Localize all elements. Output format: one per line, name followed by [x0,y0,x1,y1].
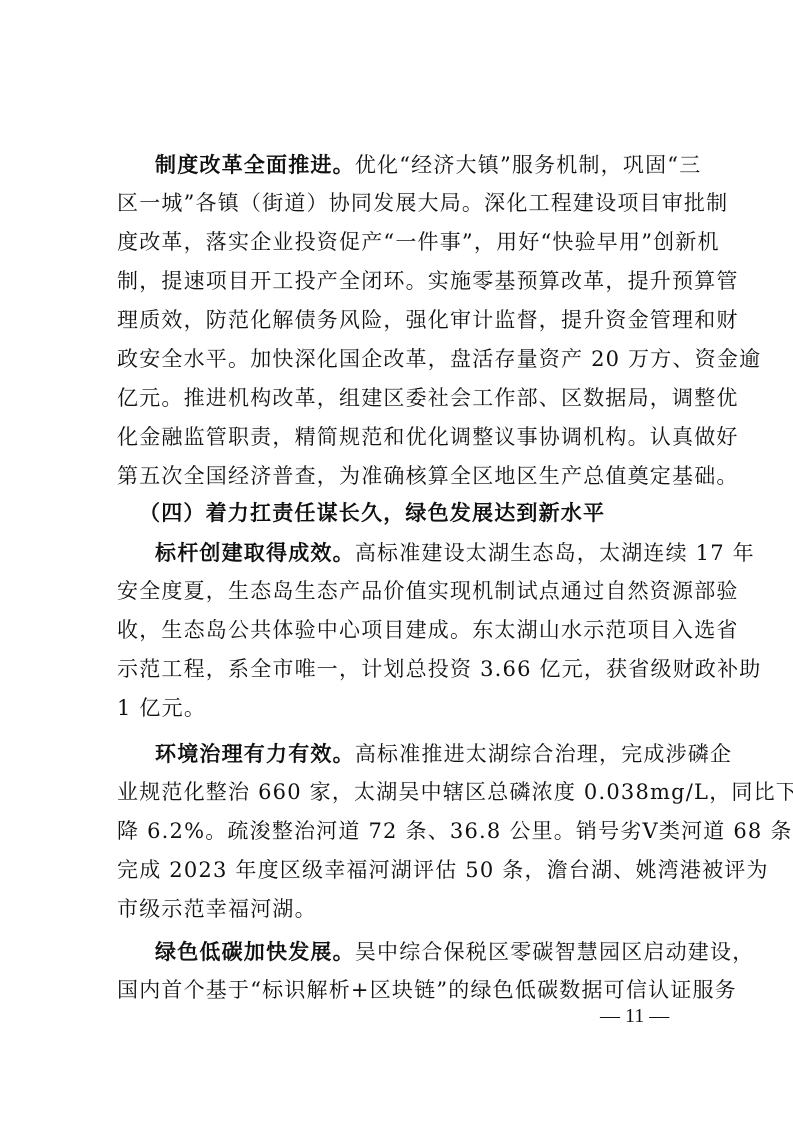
text-line: 业规范化整治 660 家，太湖吴中辖区总磷浓度 0.038mg/L，同比下 [117,773,793,812]
text-line: 市级示范幸福河湖。 [117,890,317,929]
text-line: 降 6.2%。疏浚整治河道 72 条、36.8 公里。销号劣Ⅴ类河道 68 条， [117,812,793,851]
text-line: 安全度夏，生态岛生态产品价值实现机制试点通过自然资源部验 [117,572,739,611]
text-line: 收，生态岛公共体验中心项目建成。东太湖山水示范项目入选省 [117,611,739,650]
text-line: 示范工程，系全市唯一，计划总投资 3.66 亿元，获省级财政补助 [117,650,762,689]
page-number: — 11 — [600,1005,669,1028]
paragraph-institutional-reform: 制度改革全面推进。优化“经济大镇”服务机制，巩固“三 [155,145,701,184]
paragraph-environment: 环境治理有力有效。高标准推进太湖综合治理，完成涉磷企 [155,734,732,773]
text-line: 区一城”各镇（街道）协同发展大局。深化工程建设项目审批制 [117,184,728,223]
paragraph-lead: 绿色低碳加快发展。 [155,939,355,964]
section-heading: （四）着力扛责任谋长久，绿色发展达到新水平 [139,494,605,533]
text-line: 第五次全国经济普查，为准确核算全区地区生产总值奠定基础。 [117,457,739,496]
text-line: 制，提速项目开工投产全闭环。实施零基预算改革，提升预算管 [117,262,739,301]
text-line: 度改革，落实企业投资促产“一件事”，用好“快验早用”创新机 [117,223,720,262]
paragraph-lead: 标杆创建取得成效。 [155,540,355,565]
text-line: 完成 2023 年度区级幸福河湖评估 50 条，澹台湖、姚湾港被评为 [117,851,769,890]
paragraph-benchmark: 标杆创建取得成效。高标准建设太湖生态岛，太湖连续 17 年 [155,533,755,572]
text-line: 化金融监管职责，精简规范和优化调整议事协调机构。认真做好 [117,418,739,457]
text-line: 理质效，防范化解债务风险，强化审计监督，提升资金管理和财 [117,301,739,340]
paragraph-green-low-carbon: 绿色低碳加快发展。吴中综合保税区零碳智慧园区启动建设， [155,932,754,971]
paragraph-lead: 制度改革全面推进。 [155,152,355,177]
text-line: 政安全水平。加快深化国企改革，盘活存量资产 20 万方、资金逾 [117,340,761,379]
text-line: 亿元。推进机构改革，组建区委社会工作部、区数据局，调整优 [117,379,739,418]
text-line: 1 亿元。 [117,689,206,728]
paragraph-lead: 环境治理有力有效。 [155,741,355,766]
